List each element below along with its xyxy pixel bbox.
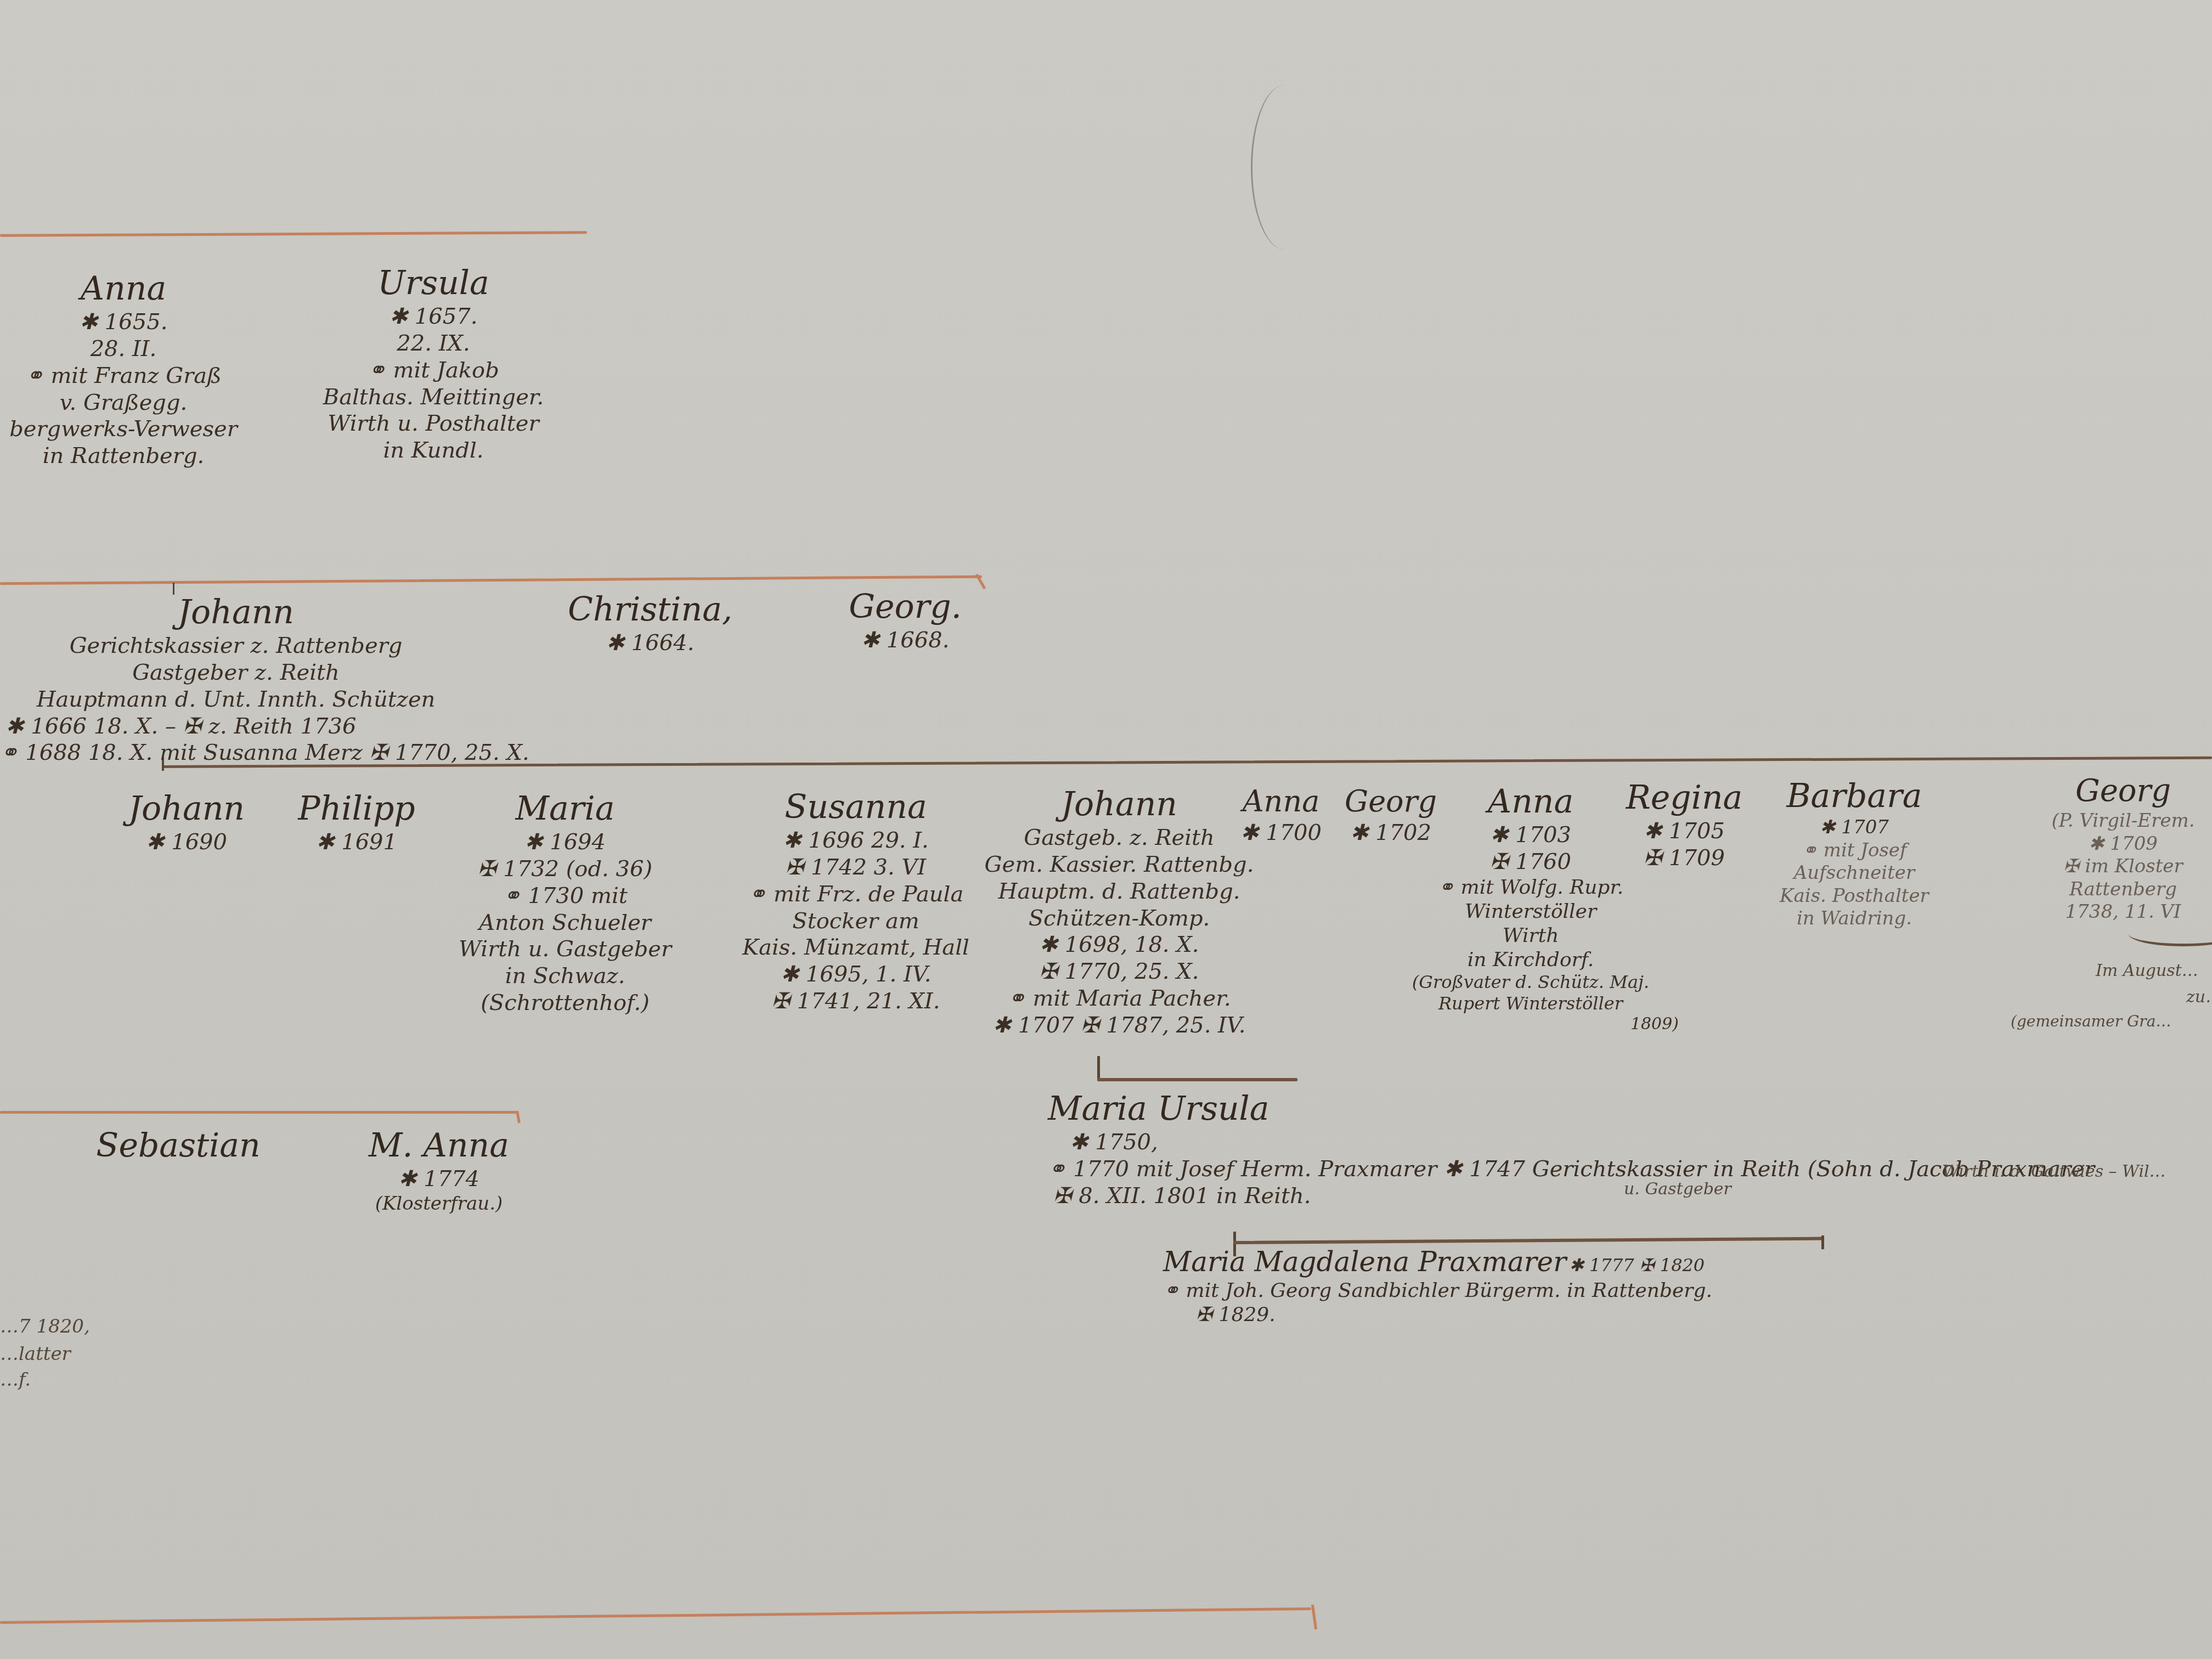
person-ursula-1657: Ursula ✱ 1657. 22. IX. ⚭ mit Jakob Balth… bbox=[291, 263, 576, 464]
cut-off-text: …f. bbox=[0, 1369, 31, 1391]
tree-connector-line bbox=[1097, 1078, 1297, 1081]
person-regina-1705: Regina ✱ 1705 ✠ 1709 bbox=[1624, 778, 1745, 872]
tree-connector-line bbox=[0, 231, 587, 237]
tree-connector-line bbox=[0, 575, 982, 585]
person-philipp-1691: Philipp ✱ 1691 bbox=[285, 789, 428, 856]
pencil-mark bbox=[1251, 85, 1318, 250]
person-georg-1668: Georg. ✱ 1668. bbox=[823, 587, 988, 654]
tree-connector-tick bbox=[1097, 1056, 1100, 1081]
person-johann-1698: Johann Gastgeb. z. Reith Gem. Kassier. R… bbox=[977, 785, 1262, 1039]
person-christina-1664: Christina, ✱ 1664. bbox=[560, 590, 741, 657]
tree-connector-tick bbox=[1821, 1235, 1824, 1249]
tree-connector-line bbox=[1233, 1237, 1823, 1244]
side-note-line: Im August… bbox=[2096, 961, 2198, 980]
tree-connector-line bbox=[0, 1607, 1311, 1624]
person-georg-1709: Georg (P. Virgil-Erem. ✱ 1709 ✠ im Klost… bbox=[2019, 772, 2212, 924]
cut-off-text: …latter bbox=[0, 1343, 71, 1365]
tree-connector-tick bbox=[516, 1111, 521, 1124]
person-johann-1690: Johann ✱ 1690 bbox=[104, 789, 269, 856]
occupation-note: Wirth i. d. Galtwies – Wil… bbox=[1942, 1162, 2166, 1181]
person-johann-1666: Johann Gerichtskassier z. Rattenberg Gas… bbox=[0, 592, 472, 766]
person-maria-ursula-1750: Maria Ursula ✱ 1750, ⚭ 1770 mit Josef He… bbox=[1048, 1089, 2095, 1210]
tree-connector-line bbox=[0, 1111, 518, 1114]
tree-connector-tick bbox=[1311, 1605, 1317, 1629]
person-susanna-1696: Susanna ✱ 1696 29. I. ✠ 1742 3. VI ⚭ mit… bbox=[713, 787, 998, 1015]
person-m-anna-1774: M. Anna ✱ 1774 (Klosterfrau.) bbox=[340, 1126, 538, 1215]
occupation-note: u. Gastgeber bbox=[1624, 1180, 1731, 1199]
side-note-line: zu… bbox=[2186, 988, 2212, 1007]
curved-flourish bbox=[2129, 922, 2212, 946]
person-anna-1700: Anna ✱ 1700 bbox=[1229, 783, 1333, 847]
side-note-line: (gemeinsamer Gra… bbox=[2011, 1012, 2171, 1030]
person-anna-1655: Anna ✱ 1655. 28. II. ⚭ mit Franz Graß v.… bbox=[0, 269, 247, 470]
cut-off-text: …7 1820, bbox=[0, 1316, 90, 1338]
person-barbara-1707: Barbara ✱ 1707 ⚭ mit Josef Aufschneiter … bbox=[1767, 776, 1942, 930]
person-maria-magdalena-praxmarer: Maria Magdalena Praxmarer ✱ 1777 ✠ 1820 … bbox=[1163, 1245, 1712, 1327]
person-maria-1694: Maria ✱ 1694 ✠ 1732 (od. 36) ⚭ 1730 mit … bbox=[428, 789, 702, 1017]
person-sebastian: Sebastian bbox=[77, 1126, 280, 1166]
